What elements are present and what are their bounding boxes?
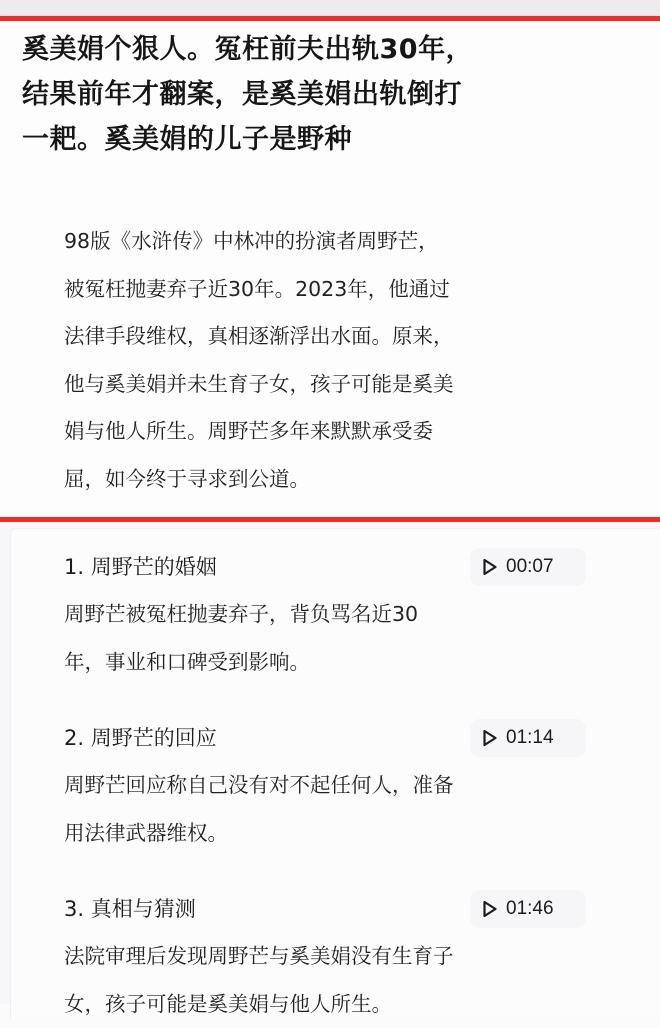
timestamp: 01:14 bbox=[506, 727, 554, 749]
summary-line: 他与奚美娟并未生育子女，孩子可能是奚美 bbox=[64, 361, 604, 409]
article-summary-section: 奚美娟个狠人。冤枉前夫出轨30年， 结果前年才翻案，是奚美娟出轨倒打 一耙。奚美… bbox=[0, 21, 660, 517]
timestamp: 01:46 bbox=[506, 898, 554, 920]
chapter-body-line: 女，孩子可能是奚美娟与他人所生。 bbox=[64, 980, 604, 1004]
chapters-section: 1. 周野芒的婚姻 00:07 周野芒被冤枉抛妻弃子，背负骂名近30 年，事业和… bbox=[0, 522, 660, 1004]
timestamp: 00:07 bbox=[506, 556, 554, 578]
chapter-title: 2. 周野芒的回应 bbox=[64, 723, 217, 753]
chapter-title: 1. 周野芒的婚姻 bbox=[64, 552, 217, 582]
headline-line: 结果前年才翻案，是奚美娟出轨倒打 bbox=[22, 72, 652, 117]
chapter-body: 周野芒被冤枉抛妻弃子，背负骂名近30 年，事业和口碑受到影响。 bbox=[64, 590, 604, 686]
play-icon bbox=[482, 558, 498, 576]
summary-paragraph: 98版《水浒传》中林冲的扮演者周野芒， 被冤枉抛妻弃子近30年。2023年，他通… bbox=[64, 218, 604, 504]
top-strip bbox=[0, 0, 660, 16]
chapter-timestamp-button[interactable]: 00:07 bbox=[470, 548, 586, 586]
chapter-timestamp-button[interactable]: 01:14 bbox=[470, 719, 586, 757]
summary-line: 98版《水浒传》中林冲的扮演者周野芒， bbox=[64, 218, 604, 266]
chapter-body-line: 年，事业和口碑受到影响。 bbox=[64, 638, 604, 686]
chapter-body-line: 周野芒回应称自己没有对不起任何人，准备 bbox=[64, 761, 604, 809]
play-icon bbox=[482, 900, 498, 918]
play-icon bbox=[482, 729, 498, 747]
chapter-timestamp-button[interactable]: 01:46 bbox=[470, 890, 586, 928]
headline: 奚美娟个狠人。冤枉前夫出轨30年， 结果前年才翻案，是奚美娟出轨倒打 一耙。奚美… bbox=[22, 27, 652, 162]
summary-line: 法律手段维权，真相逐渐浮出水面。原来， bbox=[64, 313, 604, 361]
chapter-body-line: 法院审理后发现周野芒与奚美娟没有生育子 bbox=[64, 932, 604, 980]
headline-line: 奚美娟个狠人。冤枉前夫出轨30年， bbox=[22, 27, 652, 72]
chapter-body: 法院审理后发现周野芒与奚美娟没有生育子 女，孩子可能是奚美娟与他人所生。 bbox=[64, 932, 604, 1004]
chapter-body-line: 周野芒被冤枉抛妻弃子，背负骂名近30 bbox=[64, 590, 604, 638]
headline-line: 一耙。奚美娟的儿子是野种 bbox=[22, 117, 652, 162]
chapter-title: 3. 真相与猜测 bbox=[64, 894, 196, 924]
summary-line: 被冤枉抛妻弃子近30年。2023年，他通过 bbox=[64, 266, 604, 314]
chapter-body-line: 用法律武器维权。 bbox=[64, 809, 604, 857]
summary-line: 屈，如今终于寻求到公道。 bbox=[64, 456, 604, 504]
chapter-body: 周野芒回应称自己没有对不起任何人，准备 用法律武器维权。 bbox=[64, 761, 604, 857]
summary-line: 娟与他人所生。周野芒多年来默默承受委 bbox=[64, 408, 604, 456]
